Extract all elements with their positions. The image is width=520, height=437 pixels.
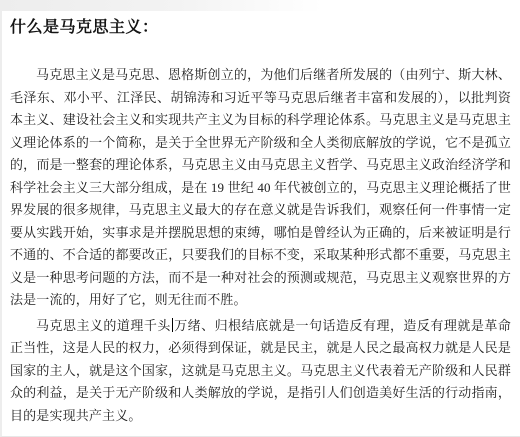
paragraph-2-text-before-cursor: 马克思主义的道理千头 [36, 318, 171, 333]
document-window: { "document": { "title": "什么是马克思主义：", "p… [0, 0, 520, 437]
paragraph-2-text-after-cursor: 万绪、归根结底就是一句话造反有理，造反有理就是革命正当性，这是人民的权力，必须得… [10, 318, 511, 423]
paragraph-1[interactable]: 马克思主义是马克思、恩格斯创立的，为他们后继者所发展的（由列宁、斯大林、毛泽东、… [10, 64, 511, 312]
window-edge-shadow [2, 0, 322, 11]
document-page: 什么是马克思主义： 马克思主义是马克思、恩格斯创立的，为他们后继者所发展的（由列… [10, 14, 511, 427]
text-cursor [172, 318, 173, 332]
document-title: 什么是马克思主义： [10, 14, 511, 37]
paragraph-2[interactable]: 马克思主义的道理千头万绪、归根结底就是一句话造反有理，造反有理就是革命正当性，这… [10, 315, 511, 428]
